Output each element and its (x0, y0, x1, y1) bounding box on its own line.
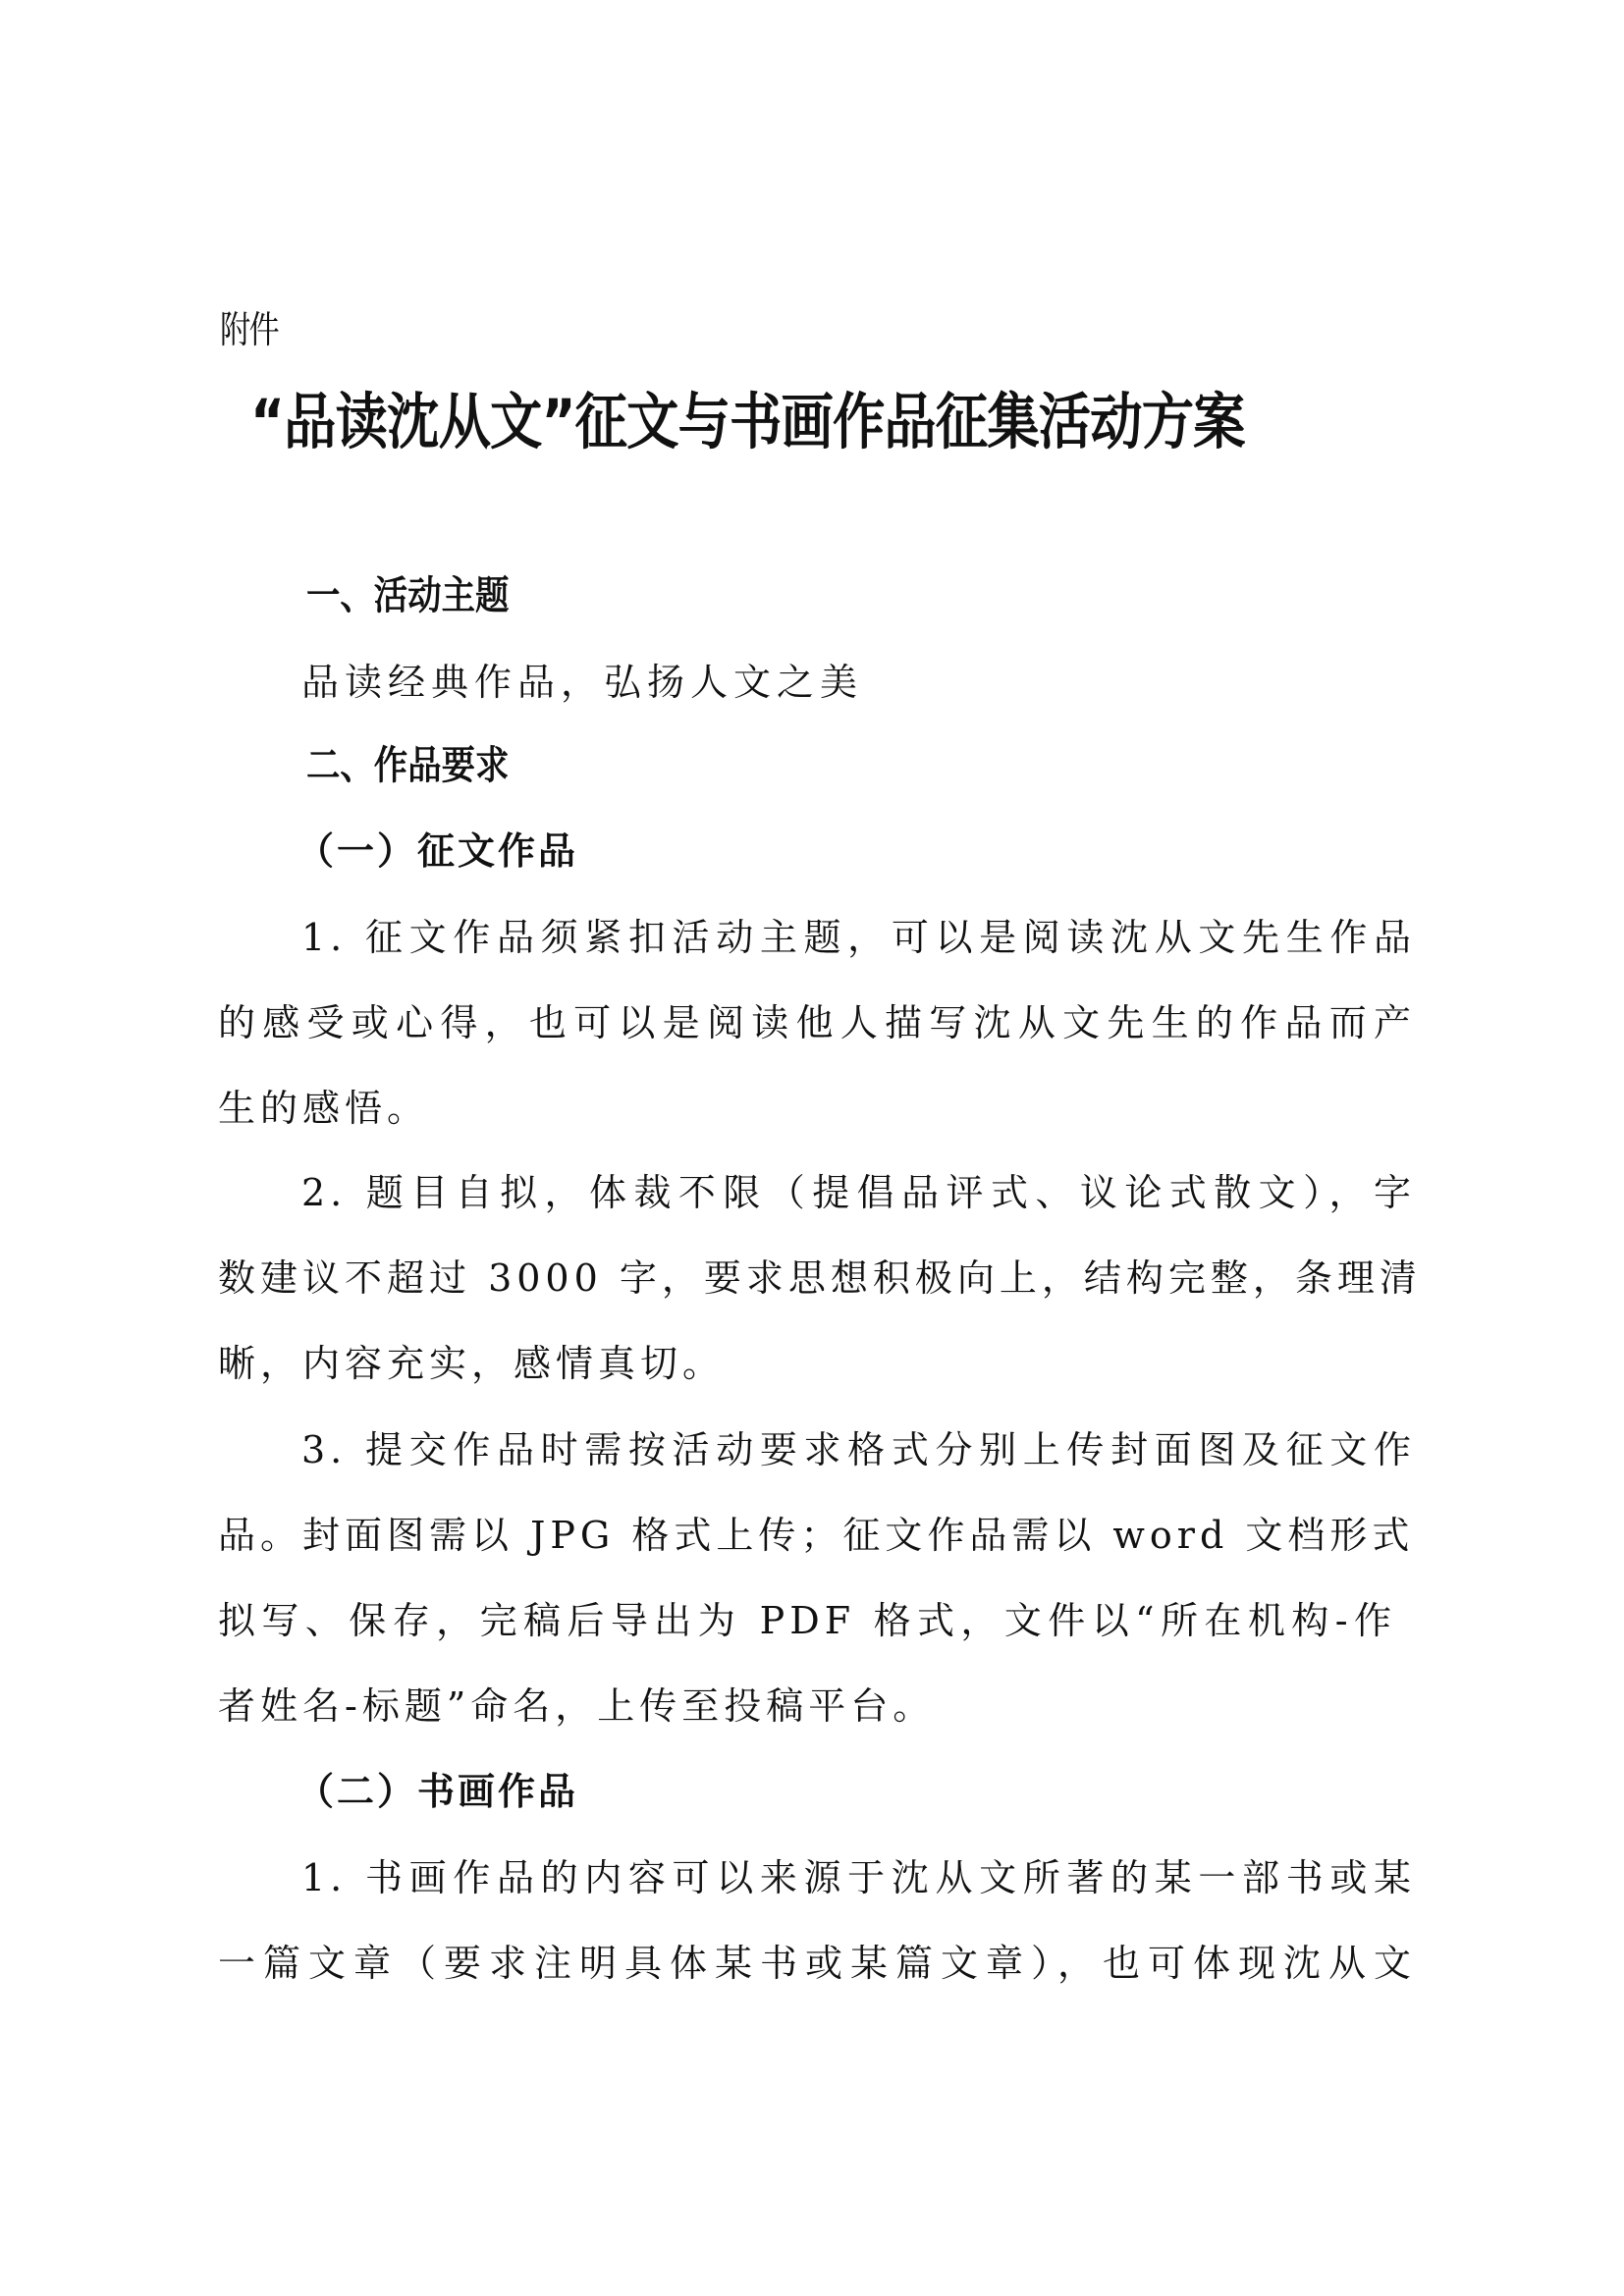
essay-para3-line1: 3. 提交作品时需按活动要求格式分别上传封面图及征文作 (301, 1425, 1416, 1474)
essay-para1-line3: 生的感悟。 (218, 1084, 1416, 1133)
art-para1-line1: 1. 书画作品的内容可以来源于沈从文所著的某一部书或某 (301, 1853, 1416, 1902)
attachment-label: 附件 (220, 306, 278, 353)
document-page: 附件 “品读沈从文”征文与书画作品征集活动方案 一、活动主题 品读经典作品，弘扬… (0, 0, 1624, 2296)
essay-para2-line2: 数建议不超过 3000 字，要求思想积极向上，结构完整，条理清 (218, 1254, 1416, 1303)
essay-para2-line1: 2. 题目自拟，体裁不限（提倡品评式、议论式散文），字 (301, 1168, 1416, 1217)
essay-para2-line3: 晰，内容充实，感情真切。 (218, 1339, 1416, 1388)
essay-para3-line2: 品。封面图需以 JPG 格式上传；征文作品需以 word 文档形式 (218, 1511, 1396, 1560)
subsection-heading-art: （二）书画作品 (297, 1767, 578, 1816)
art-para1-line2: 一篇文章（要求注明具体某书或某篇文章），也可体现沈从文 (218, 1939, 1416, 1988)
essay-para1-line1: 1. 征文作品须紧扣活动主题，可以是阅读沈从文先生作品 (301, 913, 1416, 962)
essay-para1-line2: 的感受或心得，也可以是阅读他人描写沈从文先生的作品而产 (218, 998, 1416, 1047)
essay-para3-line4: 者姓名-标题”命名，上传至投稿平台。 (218, 1682, 1416, 1731)
section-heading-requirements: 二、作品要求 (306, 741, 509, 790)
essay-para3-line3: 拟写、保存，完稿后导出为 PDF 格式，文件以“所在机构-作 (218, 1596, 1396, 1645)
document-title: “品读沈从文”征文与书画作品征集活动方案 (250, 383, 1280, 461)
section-heading-theme: 一、活动主题 (306, 571, 509, 620)
subsection-heading-essay: （一）征文作品 (297, 827, 578, 876)
theme-text: 品读经典作品，弘扬人文之美 (301, 658, 1416, 707)
